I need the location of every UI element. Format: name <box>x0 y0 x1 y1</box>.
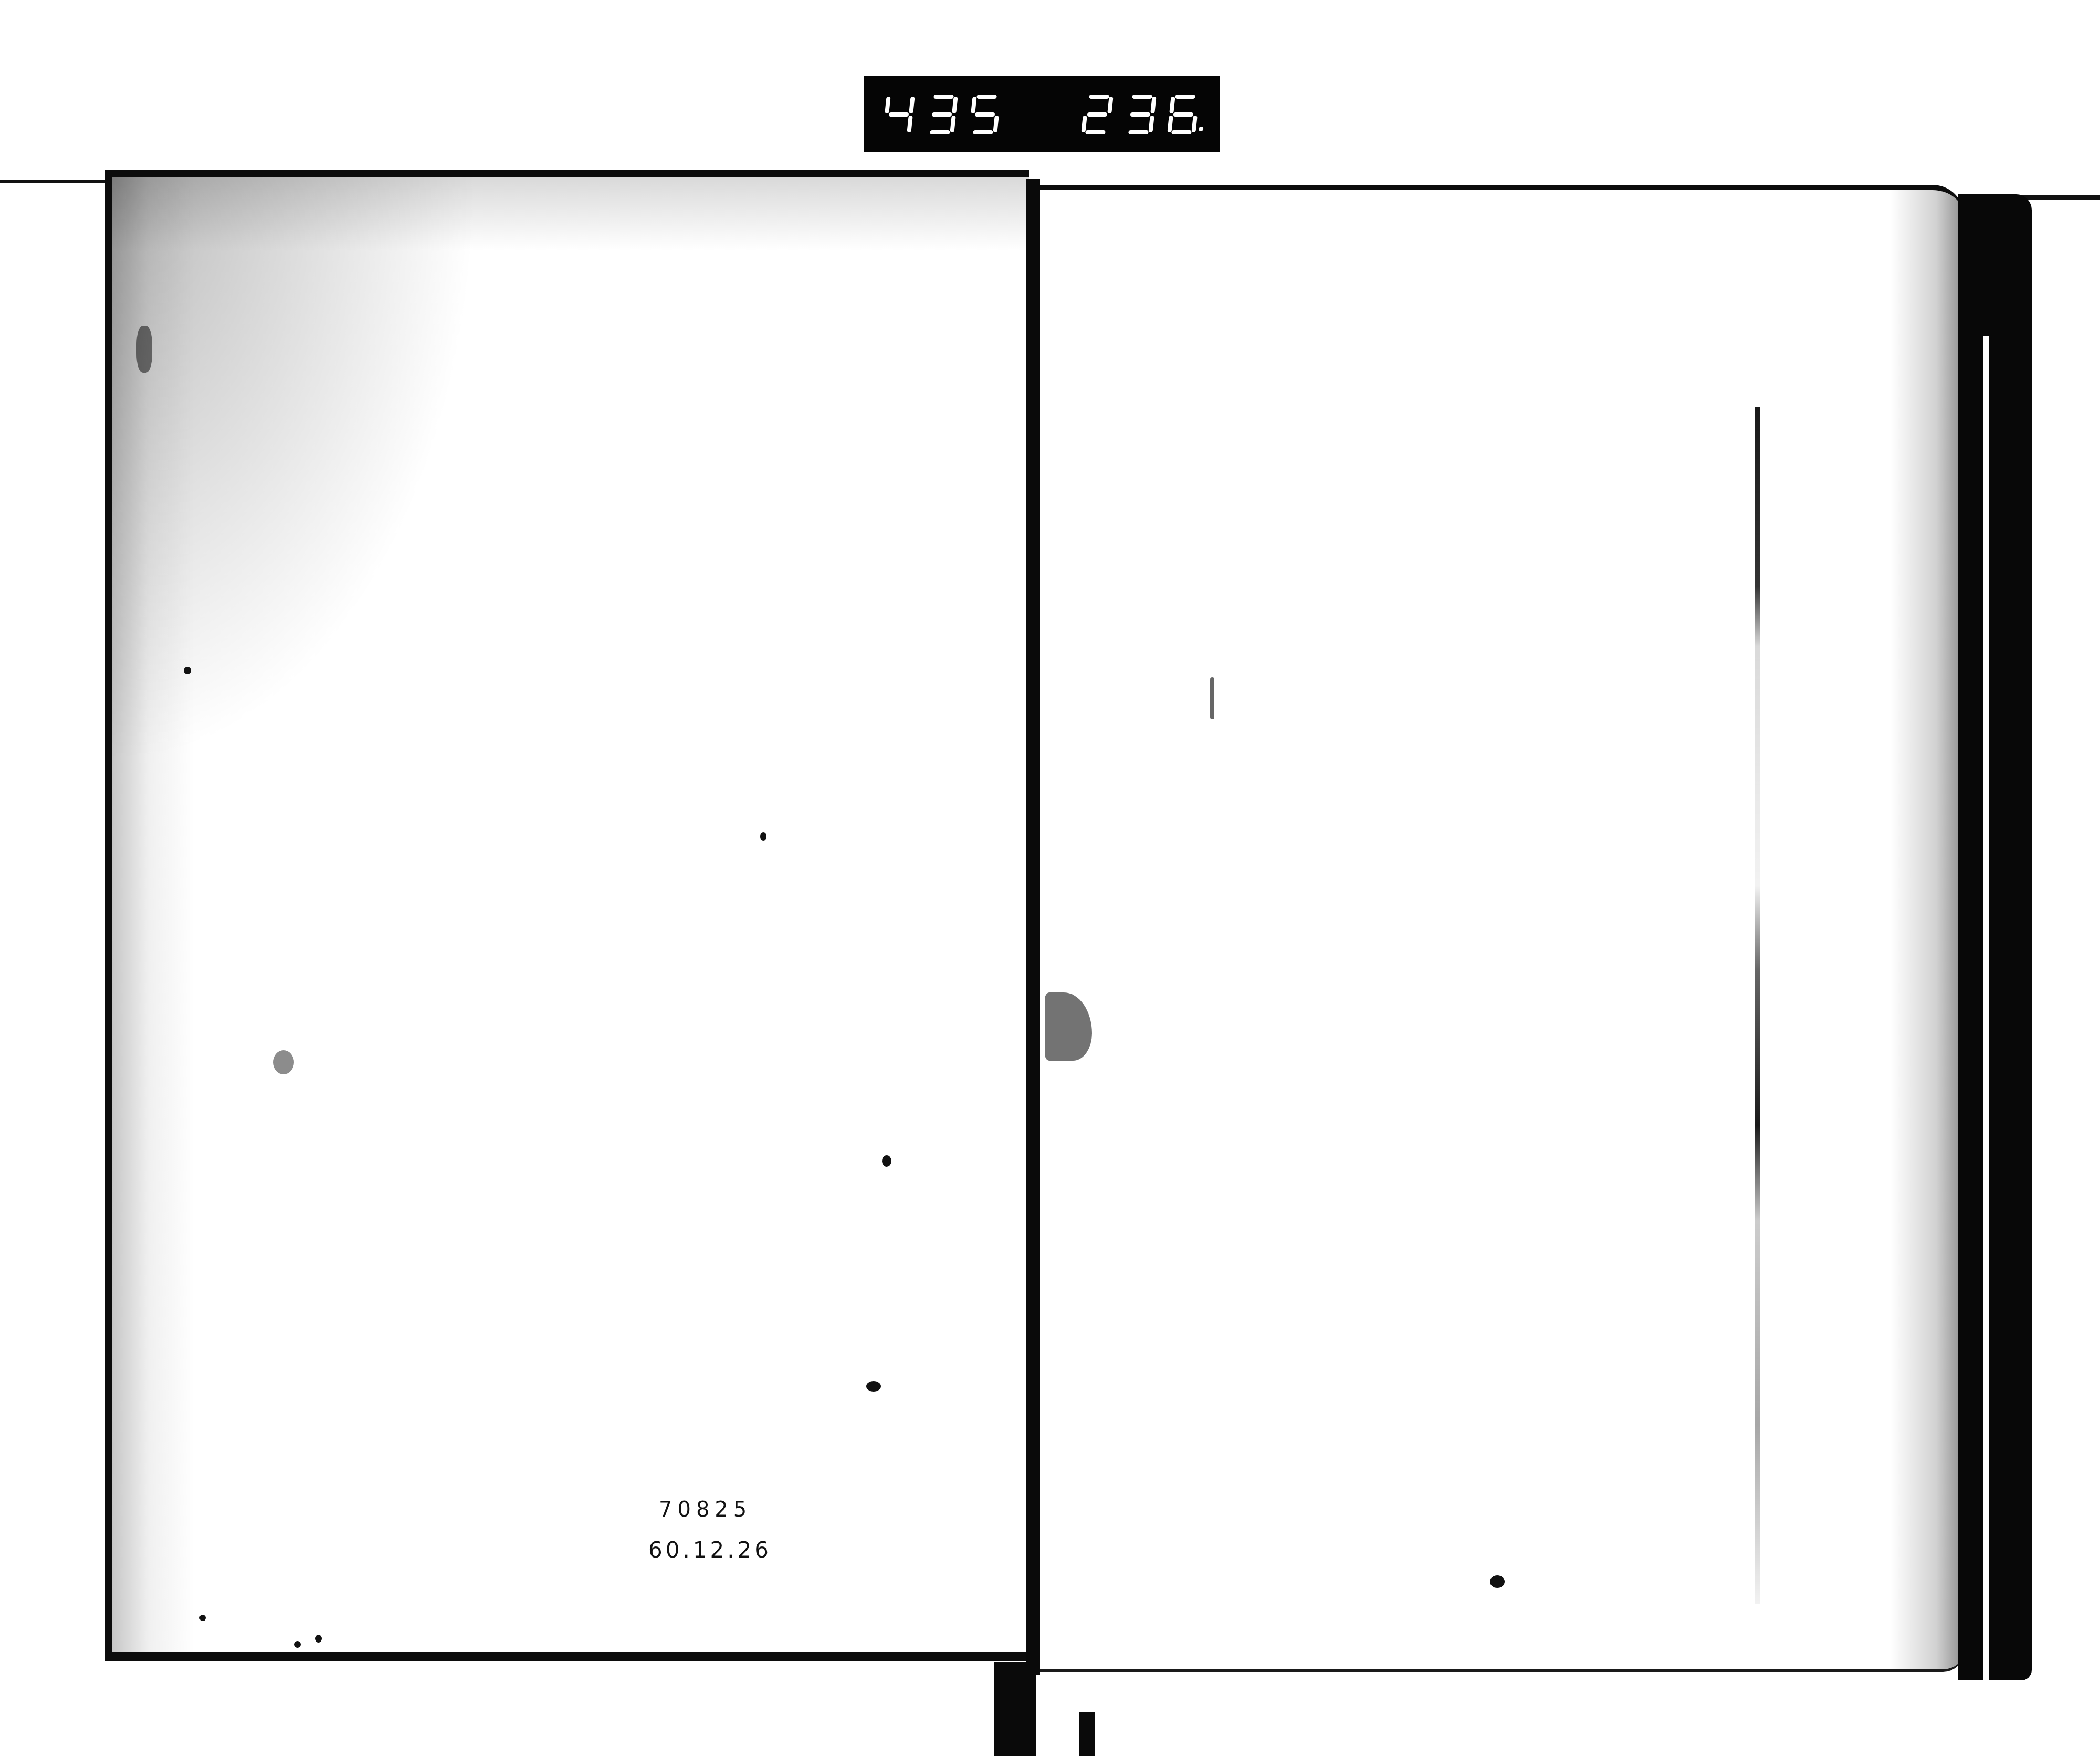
seven-segment-digit <box>1081 95 1114 134</box>
frame-counter-right <box>1083 95 1212 134</box>
fore-edge-gap <box>1983 336 1989 1680</box>
stamp-date: 60.12.26 <box>648 1539 772 1561</box>
frame-counter-left <box>885 95 1014 134</box>
seven-segment-digit <box>926 95 958 134</box>
left-page <box>105 170 1029 1661</box>
spine-tab <box>994 1662 1036 1756</box>
spine-tab-small <box>1079 1712 1095 1756</box>
decimal-dot <box>1199 127 1204 131</box>
speck <box>1210 677 1214 719</box>
speck <box>273 1050 294 1074</box>
seven-segment-digit <box>883 95 915 134</box>
frame-counter: 435 236. <box>864 76 1220 152</box>
speck <box>136 326 152 373</box>
speck <box>199 1615 206 1621</box>
archive-stamp: 70825 60.12.26 <box>659 1499 772 1561</box>
fore-edge <box>1958 194 2032 1680</box>
seven-segment-digit <box>1124 95 1157 134</box>
seven-segment-digit <box>1167 95 1200 134</box>
speck <box>882 1155 891 1167</box>
speck <box>866 1381 881 1392</box>
speck <box>1490 1575 1505 1588</box>
speck <box>184 667 191 674</box>
speck <box>315 1635 322 1643</box>
stamp-number: 70825 <box>659 1499 772 1520</box>
right-page <box>1040 185 1964 1672</box>
seven-segment-digit <box>969 95 1001 134</box>
speck <box>760 832 766 841</box>
vertical-mark <box>1755 407 1760 1604</box>
book-spine <box>1026 179 1040 1675</box>
speck <box>294 1641 301 1648</box>
scan-background: 435 236. 70825 60.12.26 <box>0 0 2100 1756</box>
